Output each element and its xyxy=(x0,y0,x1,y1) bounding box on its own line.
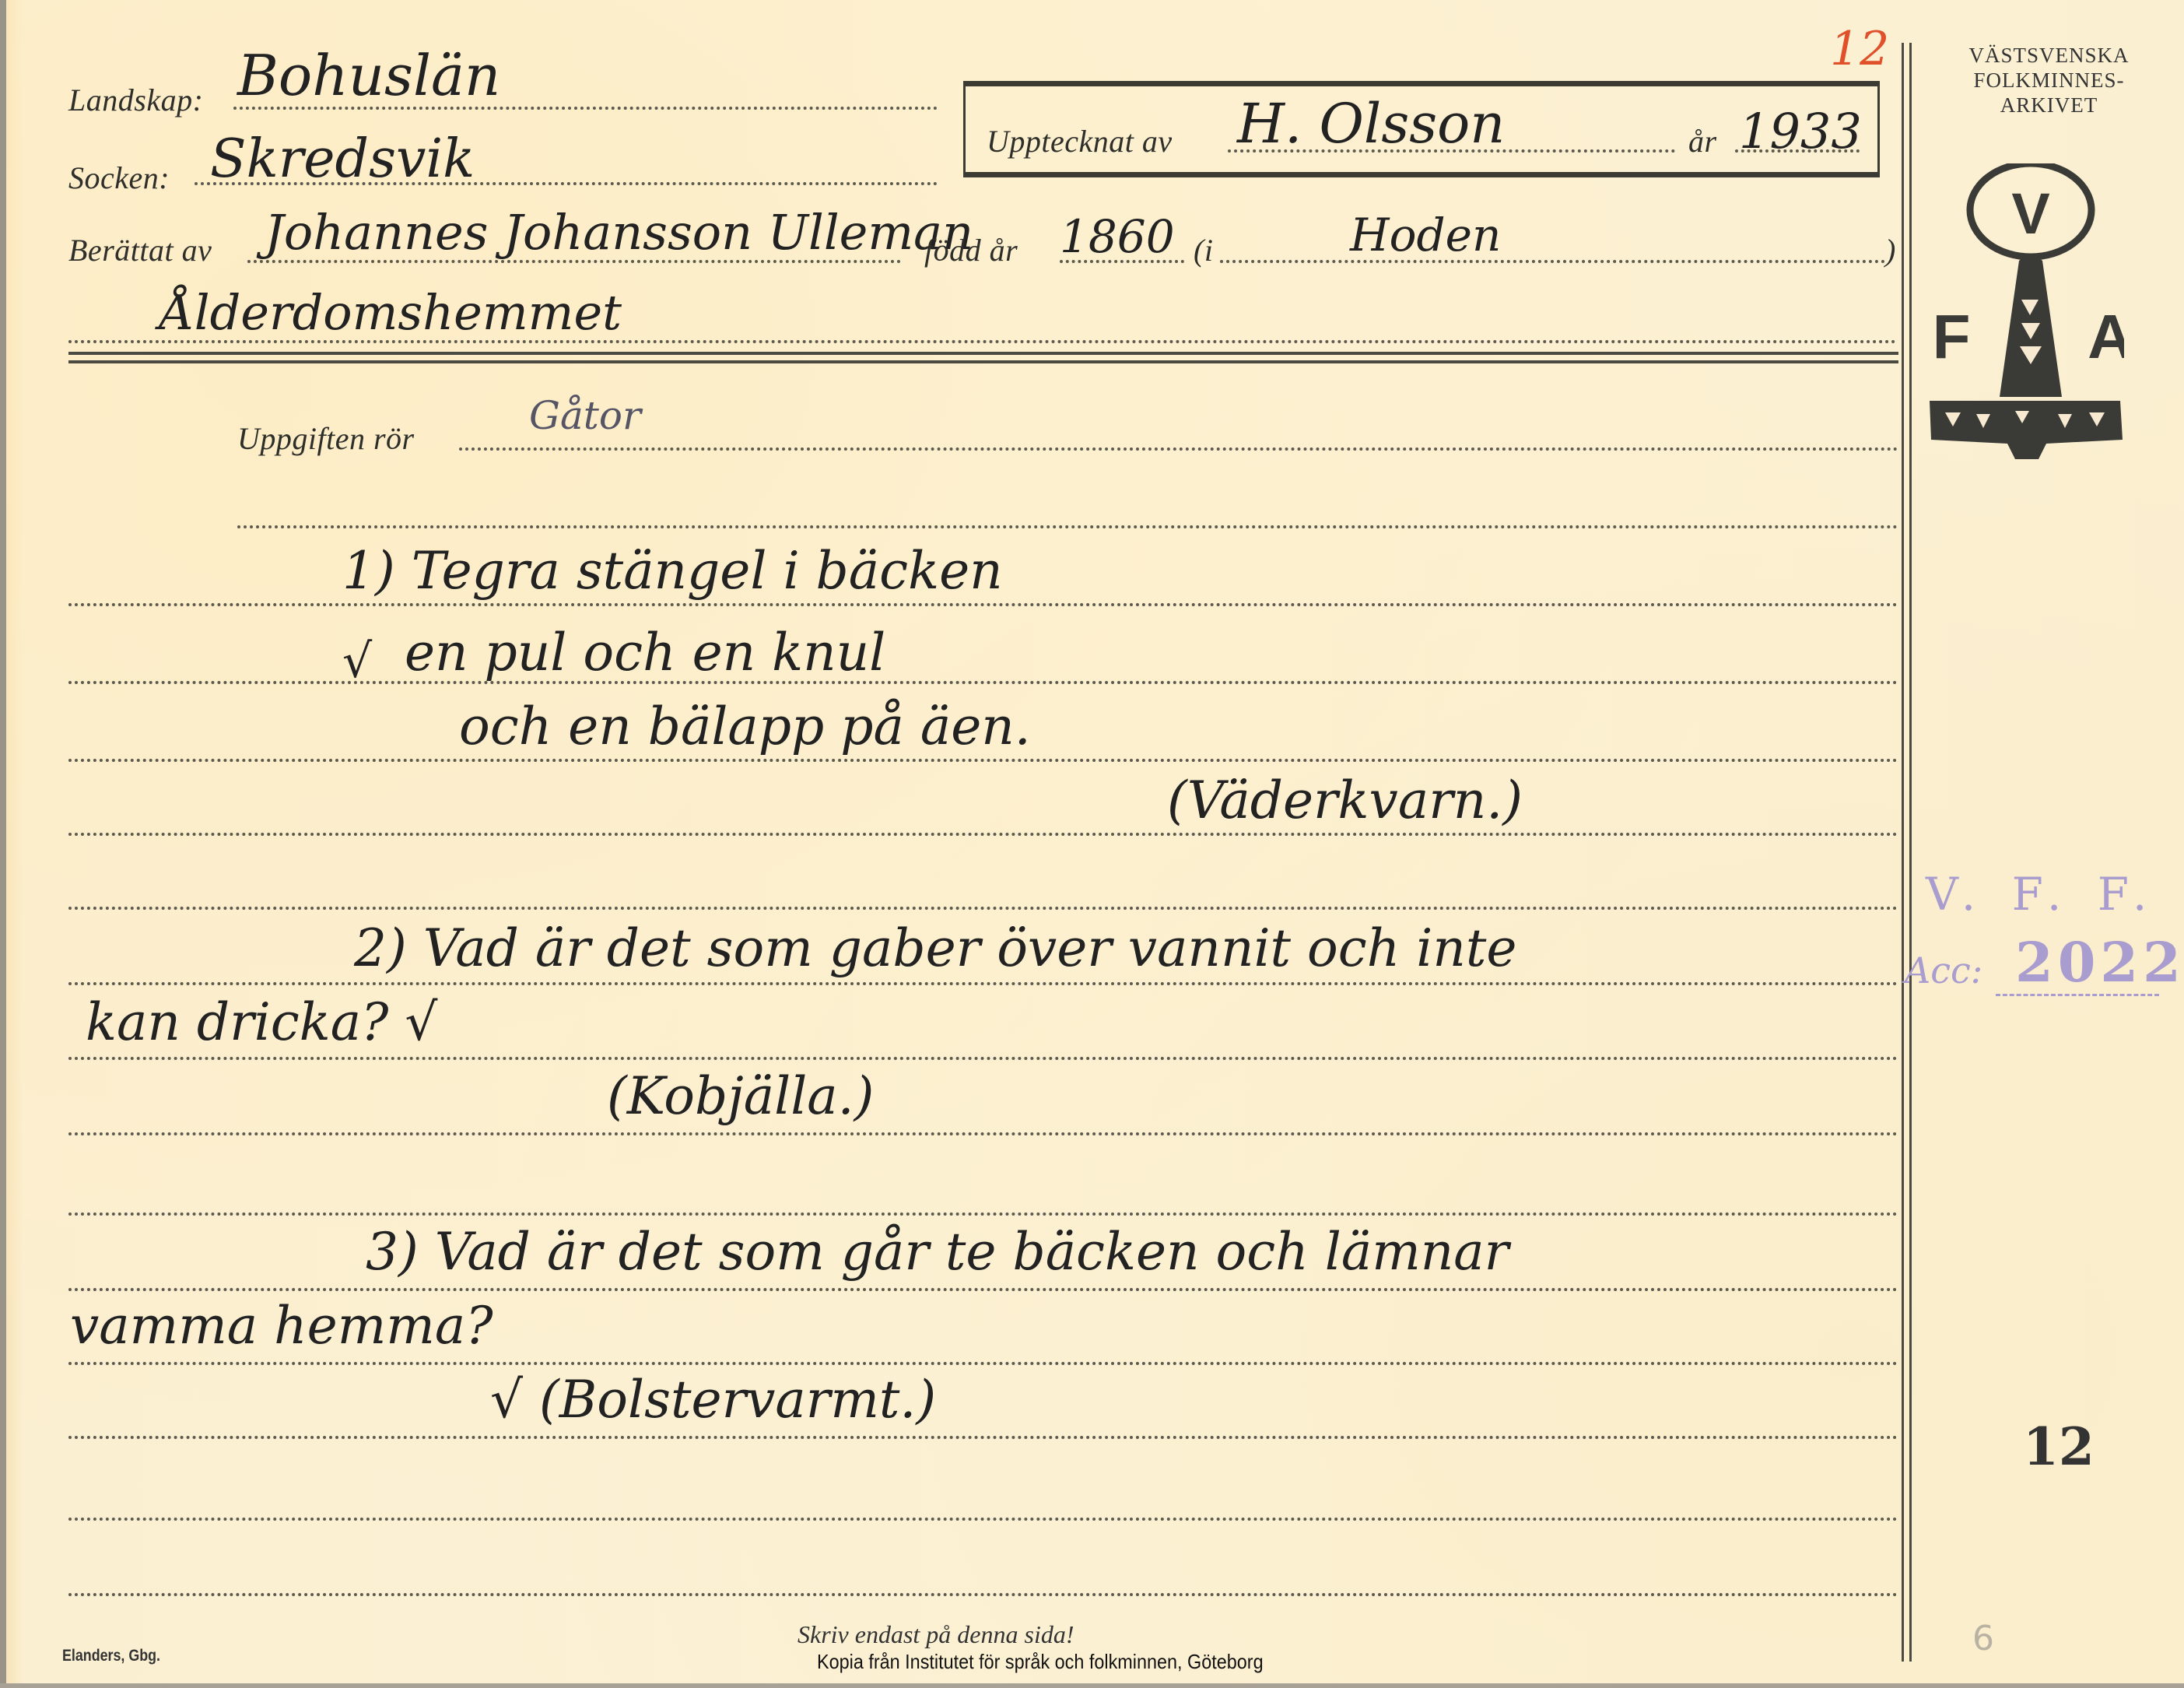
close-paren: ) xyxy=(1885,232,1896,268)
printer-mark: Elanders, Gbg. xyxy=(62,1647,160,1665)
riddle-1-line-2: en pul och en knul xyxy=(405,623,885,683)
riddle-1-answer: (Väderkvarn.) xyxy=(1167,770,1523,830)
ruled-line xyxy=(68,907,1898,910)
archive-header: VÄSTSVENSKA FOLKMINNES- ARKIVET xyxy=(1914,43,2184,118)
thors-hammer-icon: V F A xyxy=(1922,163,2124,459)
ruled-line xyxy=(68,1593,1898,1596)
riddle-3-line-1: 3) Vad är det som går te bäcken och lämn… xyxy=(366,1222,1509,1282)
ruled-line xyxy=(68,1436,1898,1439)
pencil-mark: 6 xyxy=(1972,1619,1994,1658)
upptecknat-value: H. Olsson xyxy=(1237,92,1505,156)
landskap-value: Bohuslän xyxy=(237,43,500,108)
margin-rule-right xyxy=(1909,43,1912,1662)
header-double-rule-bottom xyxy=(68,360,1898,363)
stamp-vff: V. F. F. xyxy=(1926,868,2158,921)
header-double-rule-top xyxy=(68,352,1898,355)
riddle-3-answer: √ (Bolstervarmt.) xyxy=(490,1370,936,1430)
berattat-value: Johannes Johansson Ulleman xyxy=(265,204,973,261)
fodd-label: född år xyxy=(924,232,1018,268)
ruled-line xyxy=(68,1288,1898,1291)
page-number-red: 12 xyxy=(1830,22,1889,76)
ruled-line xyxy=(68,982,1898,985)
archive-logo-icon: V F A xyxy=(1922,163,2124,459)
org-line-1: VÄSTSVENSKA xyxy=(1914,43,2184,68)
scan-bottom-edge xyxy=(0,1683,2184,1688)
uppgiften-value: Gåtor xyxy=(529,393,641,438)
stamp-acc-underline xyxy=(1996,994,2159,996)
ruled-line xyxy=(68,1362,1898,1365)
svg-text:V: V xyxy=(2011,181,2049,246)
riddle-2-line-1: 2) Vad är det som gaber över vannit och … xyxy=(354,918,1516,978)
ruled-line xyxy=(68,1212,1898,1216)
riddle-3-line-2: vamma hemma? xyxy=(70,1296,493,1356)
scan-left-edge xyxy=(0,0,6,1688)
uppgiften-label: Uppgiften rör xyxy=(237,420,415,457)
riddle-2-line-2: kan dricka? √ xyxy=(86,992,437,1052)
svg-text:A: A xyxy=(2088,302,2124,371)
fodd-value: 1860 xyxy=(1060,210,1175,263)
socken-label: Socken: xyxy=(68,160,170,196)
upptecknat-label: Upptecknat av xyxy=(987,123,1173,160)
org-line-3: ARKIVET xyxy=(1914,93,2184,118)
card-number: 12 xyxy=(2023,1416,2095,1477)
svg-text:F: F xyxy=(1933,302,1971,371)
stamp-acc-number: 2022 xyxy=(2015,930,2184,995)
berattat-value-line2: Ålderdomshemmet xyxy=(160,284,622,341)
ruled-line xyxy=(68,759,1898,762)
riddle-1-line-1: 1) Tegra stängel i bäcken xyxy=(342,541,1003,601)
ar-value: 1933 xyxy=(1739,103,1862,160)
i-label: (i xyxy=(1194,232,1213,268)
riddle-1-line-3: och en bälapp på äen. xyxy=(459,697,1031,756)
footer-instruction: Skriv endast på denna sida! xyxy=(798,1620,1074,1649)
copyright-notice: Kopia från Institutet för språk och folk… xyxy=(817,1650,1264,1674)
i-value: Hoden xyxy=(1350,209,1501,261)
ar-label: år xyxy=(1688,123,1717,160)
socken-value: Skredsvik xyxy=(210,128,475,190)
riddle-2-answer: (Kobjälla.) xyxy=(607,1066,874,1126)
ruled-line xyxy=(68,1057,1898,1060)
riddle-1-check: √ xyxy=(342,634,372,689)
berattat-label: Berättat av xyxy=(68,232,212,268)
org-line-2: FOLKMINNES- xyxy=(1914,68,2184,93)
i-dotted-line xyxy=(1220,260,1885,263)
ruled-line xyxy=(68,833,1898,836)
ruled-line xyxy=(68,1518,1898,1521)
ruled-line xyxy=(68,603,1898,606)
stamp-acc-label: Acc: xyxy=(1905,949,1982,991)
uppgiften-dotted-line xyxy=(459,447,1898,451)
landskap-label: Landskap: xyxy=(68,82,203,118)
ruled-line xyxy=(68,1132,1898,1135)
ruled-line xyxy=(237,525,1898,528)
margin-rule-left xyxy=(1902,43,1904,1662)
